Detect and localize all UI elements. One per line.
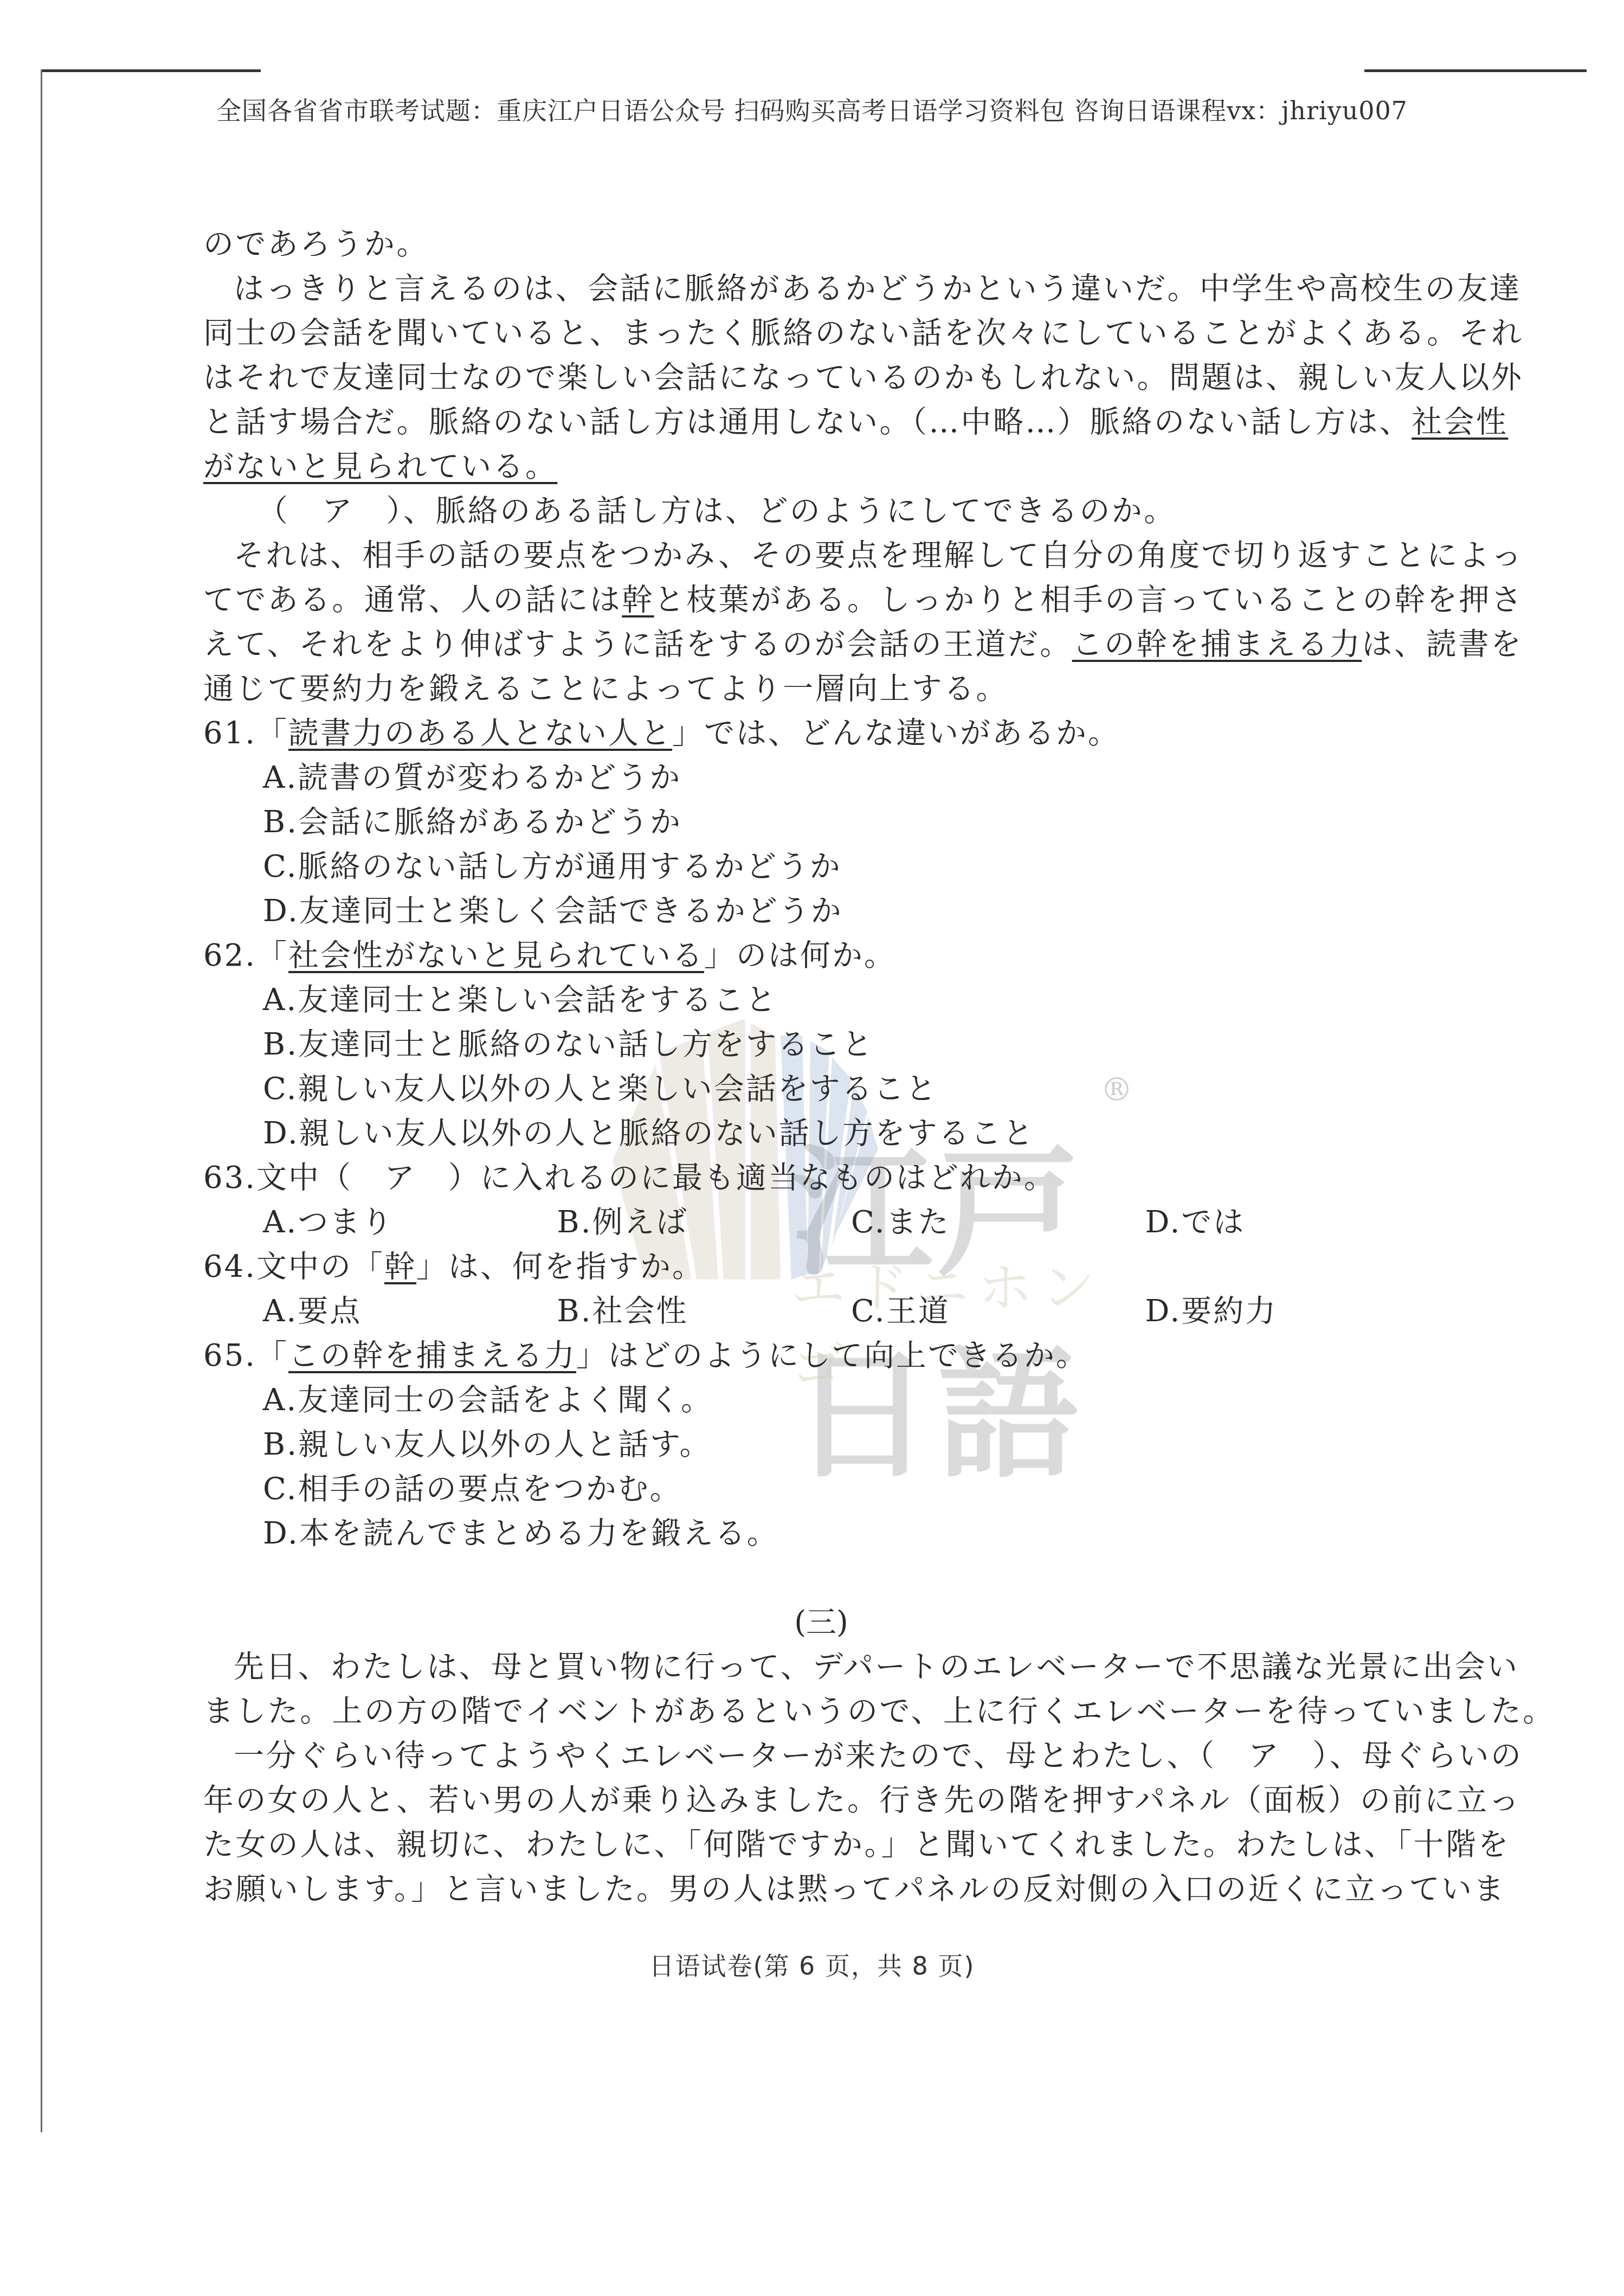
section-title: (三)	[203, 1600, 1439, 1645]
passage-text: えて、それをより伸ばすように話をするのが会話の王道だ。	[203, 627, 1072, 662]
passage-line: のであろうか。	[203, 222, 1439, 267]
passage-line: はそれで友達同士なので楽しい会話になっているのかもしれない。問題は、親しい友人以…	[203, 356, 1439, 400]
question-62: 62.「社会性がないと見られている」のは何か。	[203, 934, 1439, 978]
option-61-d[interactable]: D.友達同士と楽しく会話できるかどうか	[203, 889, 1439, 934]
passage-text: 。	[525, 449, 557, 484]
option-65-a[interactable]: A.友達同士の会話をよく聞く。	[203, 1378, 1439, 1423]
passage-line: 先日、わたしは、母と買い物に行って、デパートのエレベーターで不思議な光景に出会い	[203, 1645, 1439, 1689]
option-61-a[interactable]: A.読書の質が変わるかどうか	[203, 756, 1439, 800]
question-65: 65.「この幹を捕まえる力」はどのようにして向上できるか。	[203, 1334, 1439, 1378]
header-rule-left	[41, 69, 261, 72]
question-stem: 」は、何を指すか。	[416, 1249, 704, 1284]
passage-line: ました。上の方の階でイベントがあるというので、上に行くエレベーターを待っていまし…	[203, 1689, 1439, 1734]
question-number: 65.	[203, 1338, 256, 1373]
passage-line: それは、相手の話の要点をつかみ、その要点を理解して自分の角度で切り返すことによっ	[203, 533, 1439, 578]
option-64-a[interactable]: A.要点	[263, 1289, 557, 1334]
quote-open: 「	[256, 938, 288, 973]
options-63: A.つまり B.例えば C.また D.では	[203, 1200, 1439, 1245]
passage-line: と話す場合だ。脈絡のない話し方は通用しない。（…中略…）脈絡のない話し方は、社会…	[203, 400, 1439, 445]
question-number: 62.	[203, 938, 256, 973]
question-61: 61.「読書力のある人とない人と」では、どんな違いがあるか。	[203, 711, 1439, 756]
quote-close: 」	[704, 938, 736, 973]
option-63-c[interactable]: C.また	[851, 1200, 1145, 1245]
option-63-d[interactable]: D.では	[1145, 1200, 1440, 1245]
section-spacer	[203, 1556, 1439, 1600]
question-63: 63.文中（ ア ）に入れるのに最も適当なものはどれか。	[203, 1156, 1439, 1200]
passage-text: てである。通常、人の話には	[203, 582, 622, 618]
option-62-c[interactable]: C.親しい友人以外の人と楽しい会話をすること	[203, 1067, 1439, 1111]
question-stem: 文中（ ア ）に入れるのに最も適当なものはどれか。	[256, 1160, 1056, 1195]
option-65-c[interactable]: C.相手の話の要点をつかむ。	[203, 1467, 1439, 1512]
quote-close: 」	[576, 1338, 608, 1373]
passage-line: お願いします。」と言いました。男の人は黙ってパネルの反対側の入口の近くに立ってい…	[203, 1867, 1439, 1912]
passage-line: 一分ぐらい待ってようやくエレベーターが来たので、母とわたし、（ ア ）、母ぐらい…	[203, 1734, 1439, 1778]
option-64-b[interactable]: B.社会性	[557, 1289, 852, 1334]
passage-line: 年の女の人と、若い男の人が乗り込みました。行き先の階を押すパネル（面板）の前に立…	[203, 1778, 1439, 1823]
header-rule-right	[1364, 69, 1587, 72]
option-64-c[interactable]: C.王道	[851, 1289, 1145, 1334]
options-64: A.要点 B.社会性 C.王道 D.要約力	[203, 1289, 1439, 1334]
question-underlined: 社会性がないと見られている	[288, 938, 704, 973]
question-number: 61.	[203, 716, 256, 751]
option-63-b[interactable]: B.例えば	[557, 1200, 852, 1245]
passage-line: がないと見られている。	[203, 445, 1439, 489]
option-62-b[interactable]: B.友達同士と脈絡のない話し方をすること	[203, 1022, 1439, 1067]
underlined-phrase-social-cont: がないと見られている	[203, 449, 525, 484]
passage-text: と話す場合だ。脈絡のない話し方は通用しない。（…中略…）脈絡のない話し方は、	[203, 404, 1412, 440]
question-underlined: 幹	[384, 1249, 416, 1284]
question-underlined: この幹を捕まえる力	[288, 1338, 576, 1373]
passage-text: と枝葉がある。しっかりと相手の言っていることの幹を押さ	[654, 582, 1524, 618]
option-61-c[interactable]: C.脈絡のない話し方が通用するかどうか	[203, 845, 1439, 889]
quote-open: 「	[256, 716, 288, 751]
passage-line: 同士の会話を聞いていると、まったく脈絡のない話を次々にしていることがよくある。そ…	[203, 311, 1439, 356]
quote-open: 「	[256, 1338, 288, 1373]
passage-line: （ ア ）、脈絡のある話し方は、どのようにしてできるのか。	[203, 489, 1439, 533]
passage-line: えて、それをより伸ばすように話をするのが会話の王道だ。この幹を捕まえる力は、読書…	[203, 622, 1439, 667]
option-62-a[interactable]: A.友達同士と楽しい会話をすること	[203, 978, 1439, 1022]
option-64-d[interactable]: D.要約力	[1145, 1289, 1440, 1334]
exam-content: のであろうか。 はっきりと言えるのは、会話に脈絡があるかどうかという違いだ。中学…	[203, 222, 1439, 1912]
passage-line: 通じて要約力を鍛えることによってより一層向上する。	[203, 667, 1439, 711]
page-footer: 日语试卷(第 6 页，共 8 页)	[0, 1946, 1624, 1982]
question-number: 63.	[203, 1160, 256, 1195]
option-62-d[interactable]: D.親しい友人以外の人と脈絡のない話し方をすること	[203, 1111, 1439, 1156]
underlined-phrase-power: この幹を捕まえる力	[1072, 627, 1362, 662]
option-65-b[interactable]: B.親しい友人以外の人と話す。	[203, 1423, 1439, 1467]
passage-line: てである。通常、人の話には幹と枝葉がある。しっかりと相手の言っていることの幹を押…	[203, 578, 1439, 622]
page-border-left	[41, 69, 42, 2132]
question-stem: はどのようにして向上できるか。	[608, 1338, 1088, 1373]
passage-text: は、読書を	[1362, 627, 1523, 662]
question-64: 64.文中の「幹」は、何を指すか。	[203, 1245, 1439, 1289]
underlined-phrase-social: 社会性	[1412, 404, 1508, 440]
underlined-word-trunk: 幹	[622, 582, 654, 618]
passage-line: はっきりと言えるのは、会話に脈絡があるかどうかという違いだ。中学生や高校生の友達	[203, 267, 1439, 311]
question-stem: では、どんな違いがあるか。	[704, 716, 1120, 751]
question-underlined: 読書力のある人とない人と	[288, 716, 672, 751]
header-note: 全国各省省市联考试题：重庆江户日语公众号 扫码购买高考日语学习资料包 咨询日语课…	[0, 91, 1624, 127]
option-63-a[interactable]: A.つまり	[263, 1200, 557, 1245]
question-stem: のは何か。	[736, 938, 896, 973]
option-65-d[interactable]: D.本を読んでまとめる力を鍛える。	[203, 1512, 1439, 1556]
quote-close: 」	[672, 716, 704, 751]
option-61-b[interactable]: B.会話に脈絡があるかどうか	[203, 800, 1439, 845]
question-number: 64.	[203, 1249, 256, 1284]
question-stem: 文中の「	[256, 1249, 384, 1284]
passage-line: た女の人は、親切に、わたしに、「何階ですか。」と聞いてくれました。わたしは、「十…	[203, 1823, 1439, 1867]
